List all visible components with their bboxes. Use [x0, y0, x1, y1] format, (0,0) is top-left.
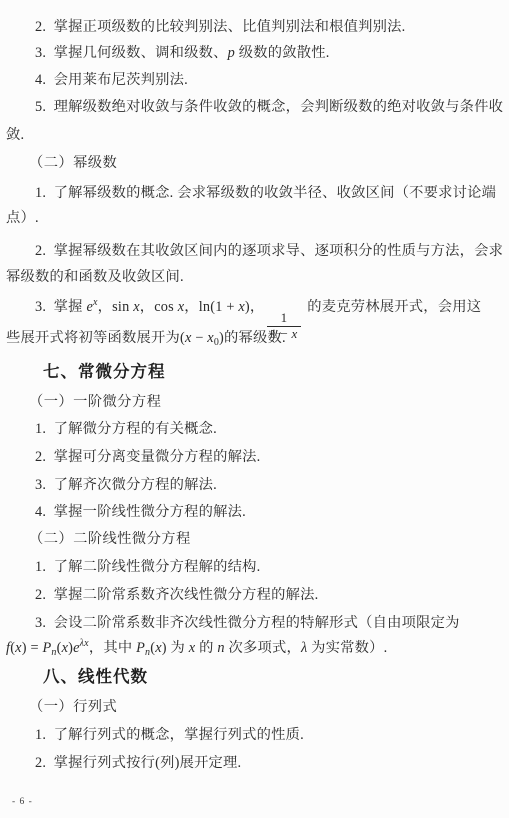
- list-item-line: 2. 掌握行列式按行(列)展开定理.: [35, 753, 241, 773]
- section-heading-8: 八、线性代数: [43, 667, 148, 687]
- document-page: - 6 - 2. 掌握正项级数的比较判别法、比值判别法和根值判别法.3. 掌握几…: [0, 0, 509, 818]
- list-item-line: 1. 了解二阶线性微分方程解的结构.: [35, 557, 260, 577]
- list-item-line: 1. 了解行列式的概念，掌握行列式的性质.: [35, 725, 304, 745]
- list-item-line: 2. 掌握二阶常系数齐次线性微分方程的解法.: [35, 585, 318, 605]
- list-item-line: 1. 了解幂级数的概念. 会求幂级数的收敛半径、收敛区间（不要求讨论端: [35, 183, 496, 203]
- list-item-line: 2. 掌握正项级数的比较判别法、比值判别法和根值判别法.: [35, 17, 405, 37]
- list-item-line: 4. 会用莱布尼茨判别法.: [35, 70, 188, 90]
- list-item-line: 3. 掌握几何级数、调和级数、p 级数的敛散性.: [35, 43, 330, 63]
- page-number: - 6 -: [12, 792, 33, 812]
- continuation-line: 敛.: [6, 125, 24, 145]
- subsection-heading: （一）一阶微分方程: [29, 392, 161, 412]
- subsection-heading: （二）二阶线性微分方程: [29, 529, 191, 549]
- list-item-line: 1. 了解微分方程的有关概念.: [35, 419, 217, 439]
- list-item-line: 2. 掌握幂级数在其收敛区间内的逐项求导、逐项积分的性质与方法，会求: [35, 241, 503, 261]
- list-item-line: 2. 掌握可分离变量微分方程的解法.: [35, 447, 260, 467]
- list-item-line: 3. 会设二阶常系数非齐次线性微分方程的特解形式（自由项限定为: [35, 613, 460, 633]
- list-item-line: 4. 掌握一阶线性微分方程的解法.: [35, 502, 246, 522]
- continuation-line-formula: f(x) = Pn(x)eλx，其中 Pn(x) 为 x 的 n 次多项式，λ …: [6, 638, 387, 658]
- subsection-heading: （二）幂级数: [29, 153, 117, 173]
- continuation-line: 幂级数的和函数及收敛区间.: [6, 267, 184, 287]
- continuation-line: 些展开式将初等函数展开为(x − x0)的幂级数.: [6, 328, 286, 348]
- continuation-line: 点）.: [6, 208, 39, 228]
- subsection-heading: （一）行列式: [29, 697, 117, 717]
- list-item-line: 3. 了解齐次微分方程的解法.: [35, 475, 217, 495]
- section-heading-7: 七、常微分方程: [43, 362, 166, 382]
- list-item-line: 5. 理解级数绝对收敛与条件收敛的概念，会判断级数的绝对收敛与条件收: [35, 97, 503, 117]
